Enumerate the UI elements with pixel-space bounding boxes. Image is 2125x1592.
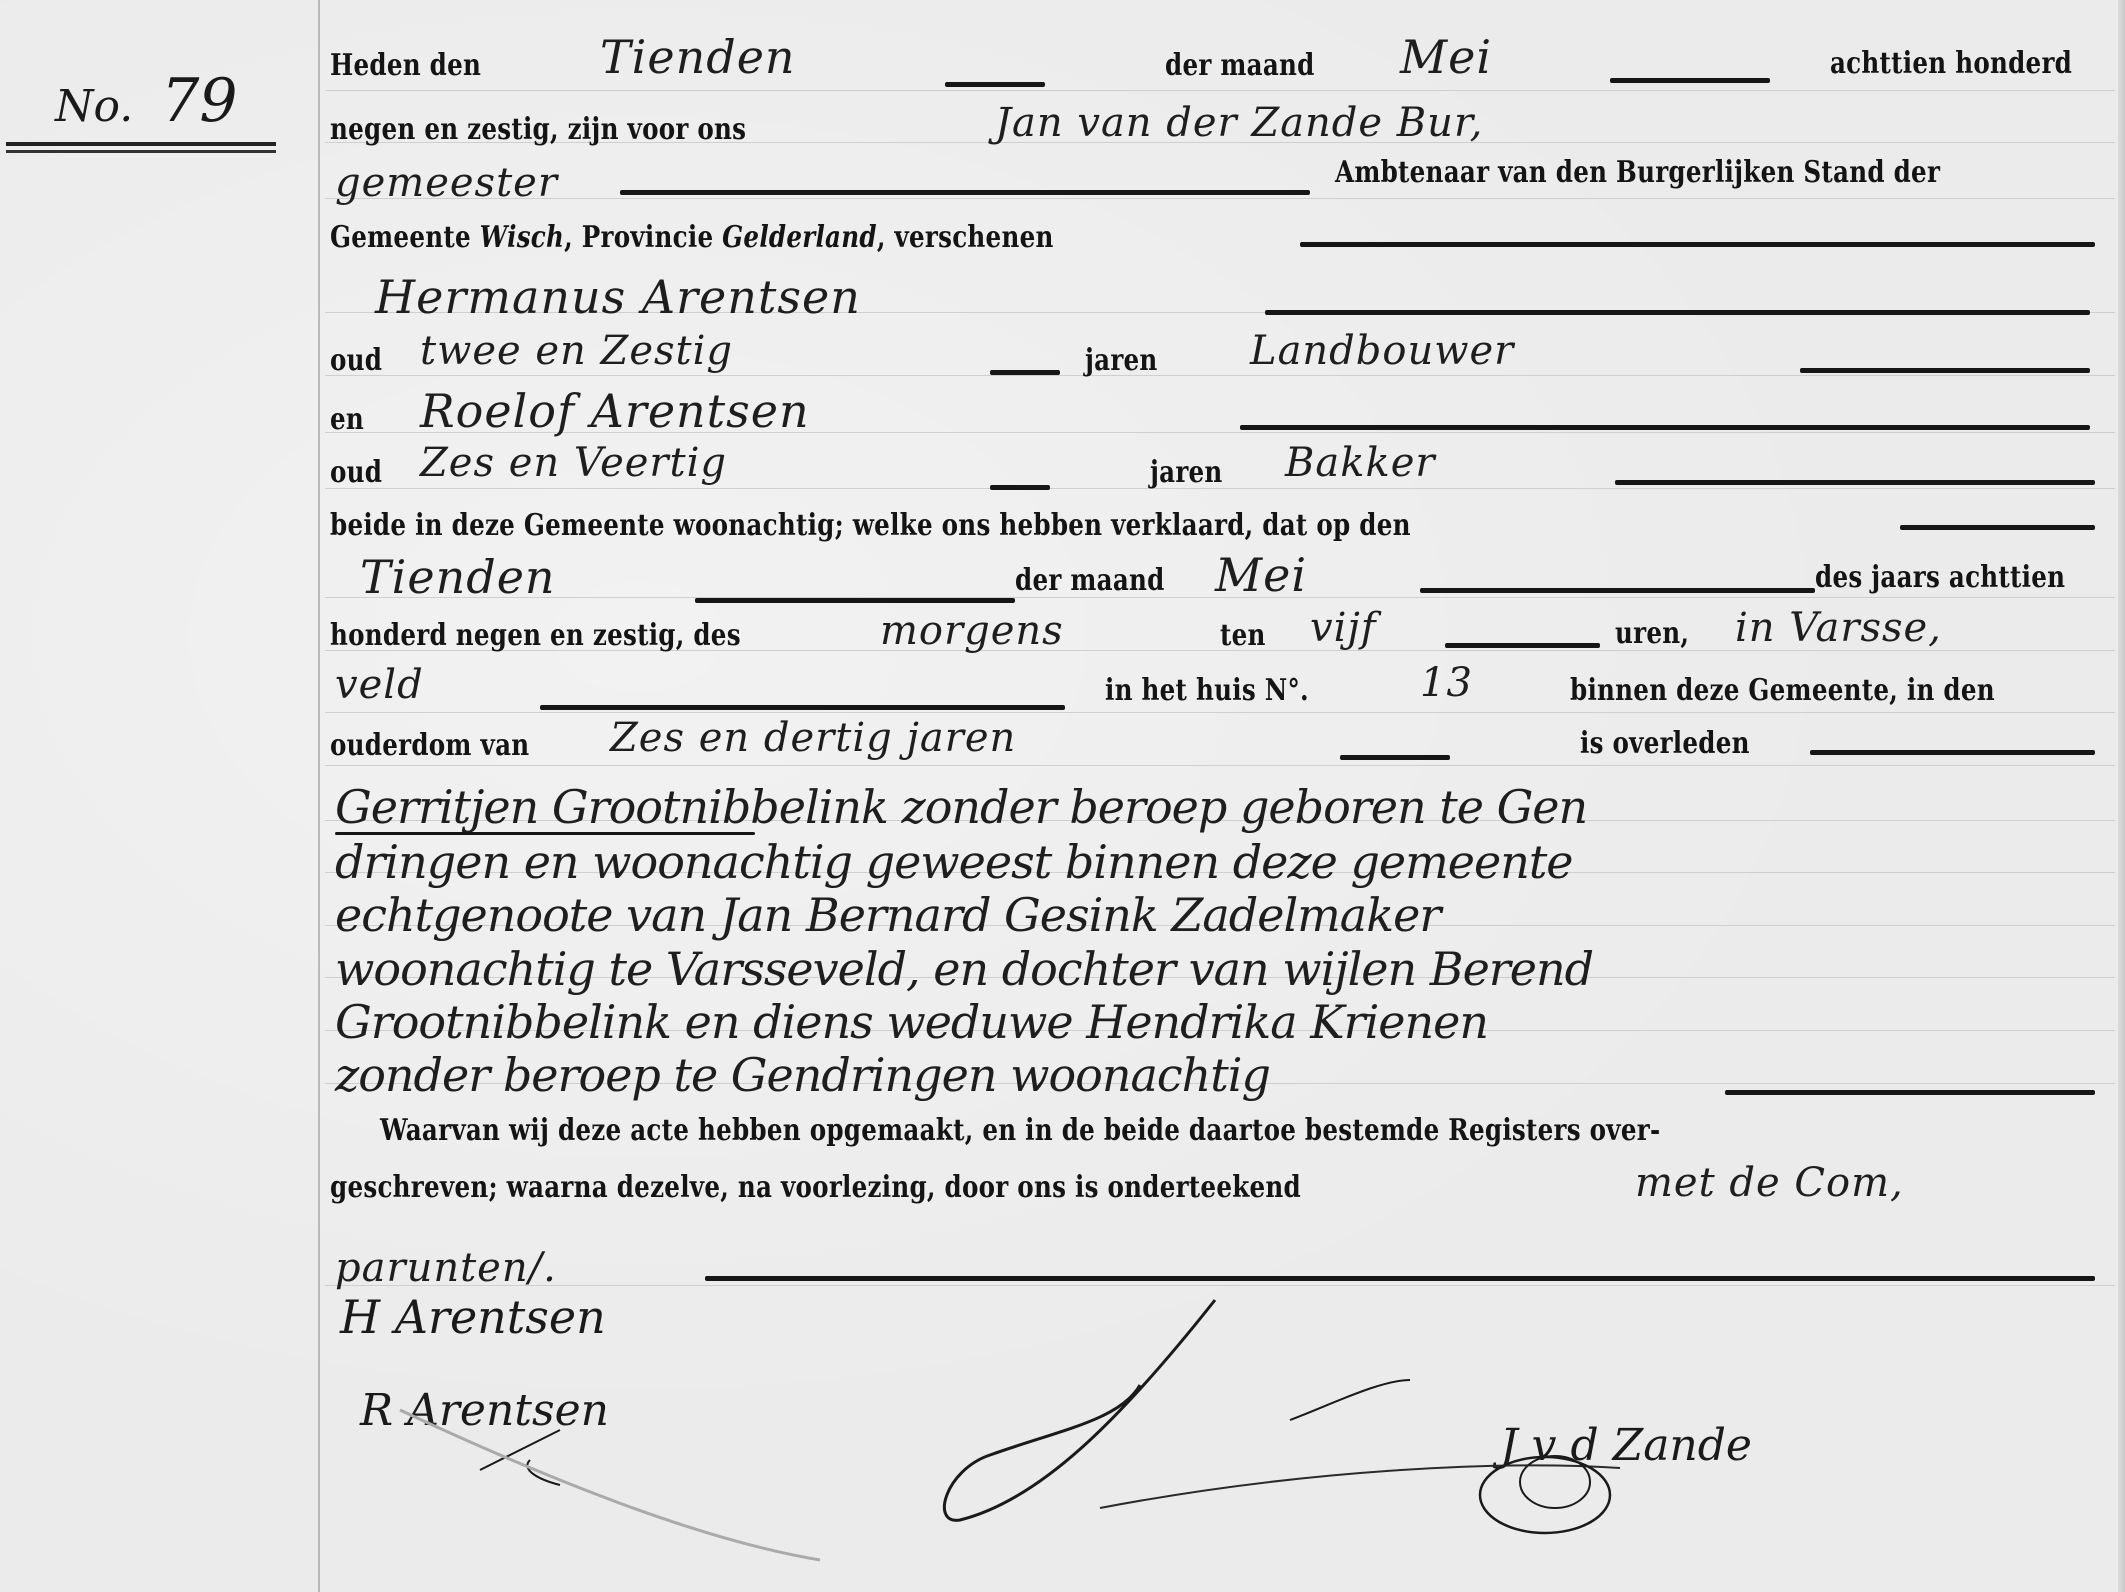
document-page: No.79 Heden den Tienden der maand Mei ac… bbox=[0, 0, 2125, 1592]
signature-flourish-icon bbox=[0, 0, 2125, 1592]
